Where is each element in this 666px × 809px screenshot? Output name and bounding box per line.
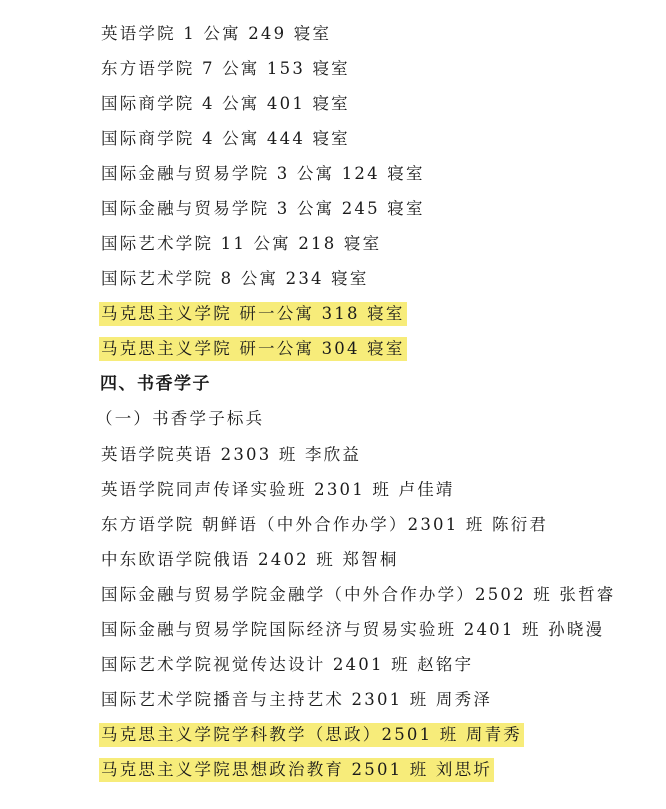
student-line: 国际金融与贸易学院国际经济与贸易实验班 2401 班 孙晓漫 bbox=[101, 618, 604, 642]
student-line: 国际艺术学院视觉传达设计 2401 班 赵铭宇 bbox=[101, 653, 473, 677]
student-line: 东方语学院 朝鲜语（中外合作办学）2301 班 陈衍君 bbox=[101, 513, 548, 537]
subsection-heading: （一）书香学子标兵 bbox=[96, 407, 264, 431]
student-line-highlighted: 马克思主义学院思想政治教育 2501 班 刘思圻 bbox=[99, 758, 494, 782]
dorm-line-highlighted: 马克思主义学院 研一公寓 304 寝室 bbox=[99, 337, 407, 361]
student-line: 国际金融与贸易学院金融学（中外合作办学）2502 班 张哲睿 bbox=[101, 583, 615, 607]
dorm-line-highlighted: 马克思主义学院 研一公寓 318 寝室 bbox=[99, 302, 407, 326]
dorm-line: 国际艺术学院 11 公寓 218 寝室 bbox=[101, 232, 381, 256]
dorm-line: 东方语学院 7 公寓 153 寝室 bbox=[101, 57, 350, 81]
student-line: 中东欧语学院俄语 2402 班 郑智桐 bbox=[101, 548, 399, 572]
dorm-line: 国际商学院 4 公寓 444 寝室 bbox=[101, 127, 350, 151]
dorm-line: 国际金融与贸易学院 3 公寓 245 寝室 bbox=[101, 197, 425, 221]
dorm-line: 国际金融与贸易学院 3 公寓 124 寝室 bbox=[101, 162, 425, 186]
dorm-line: 英语学院 1 公寓 249 寝室 bbox=[101, 22, 331, 46]
student-line: 国际艺术学院播音与主持艺术 2301 班 周秀泽 bbox=[101, 688, 492, 712]
student-line: 英语学院同声传译实验班 2301 班 卢佳靖 bbox=[101, 478, 455, 502]
student-line-highlighted: 马克思主义学院学科教学（思政）2501 班 周青秀 bbox=[99, 723, 524, 747]
dorm-line: 国际商学院 4 公寓 401 寝室 bbox=[101, 92, 350, 116]
section-heading: 四、书香学子 bbox=[100, 372, 211, 396]
dorm-line: 国际艺术学院 8 公寓 234 寝室 bbox=[101, 267, 369, 291]
document-page: 英语学院 1 公寓 249 寝室 东方语学院 7 公寓 153 寝室 国际商学院… bbox=[0, 0, 666, 809]
student-line: 英语学院英语 2303 班 李欣益 bbox=[101, 443, 361, 467]
